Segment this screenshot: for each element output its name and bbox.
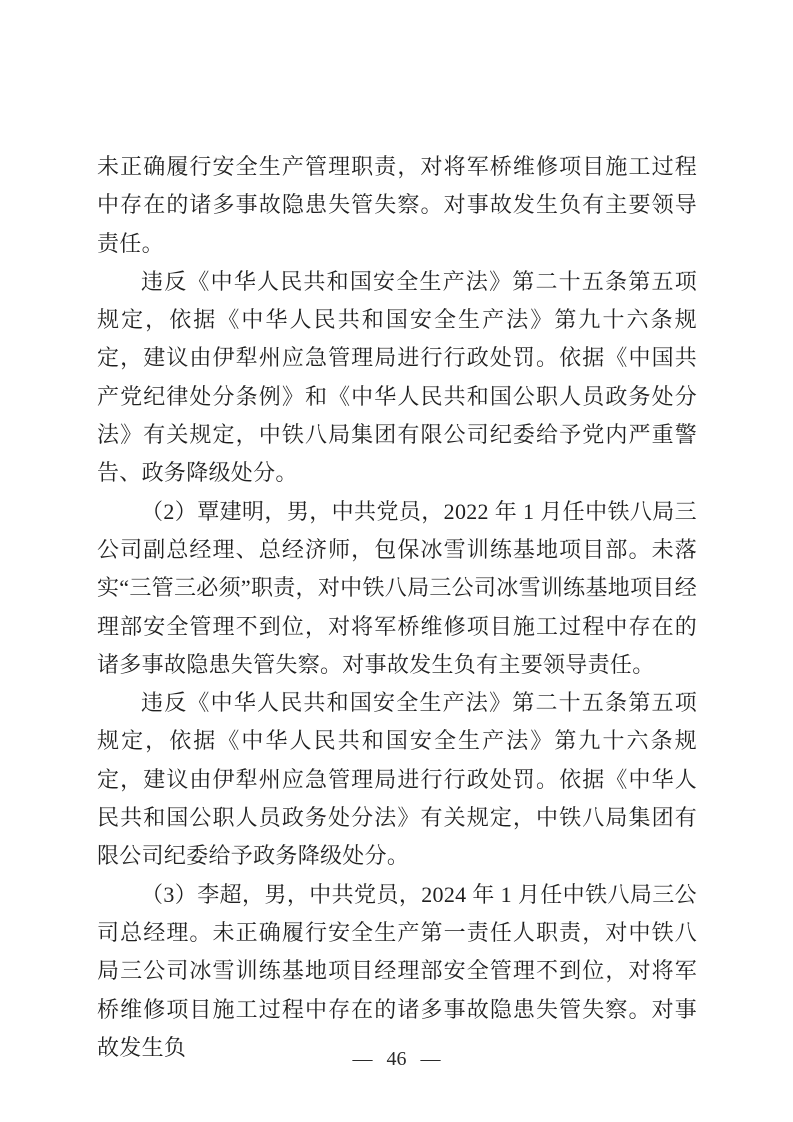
paragraph-violation-1: 违反《中华人民共和国安全生产法》第二十五条第五项规定，依据《中华人民共和国安全生…: [97, 263, 697, 493]
footer-right-dash: —: [421, 1046, 441, 1072]
paragraph-violation-2: 违反《中华人民共和国安全生产法》第二十五条第五项规定，依据《中华人民共和国安全生…: [97, 684, 697, 875]
paragraph-continuation: 未正确履行安全生产管理职责，对将军桥维修项目施工过程中存在的诸多事故隐患失管失察…: [97, 148, 697, 263]
document-body: 未正确履行安全生产管理职责，对将军桥维修项目施工过程中存在的诸多事故隐患失管失察…: [97, 148, 697, 1067]
page-footer: —46—: [0, 1046, 793, 1072]
footer-left-dash: —: [353, 1046, 373, 1072]
paragraph-person-3: （3）李超，男，中共党员，2024 年 1 月任中铁八局三公司总经理。未正确履行…: [97, 876, 697, 1067]
page-number: 46: [387, 1048, 407, 1070]
paragraph-person-2: （2）覃建明，男，中共党员，2022 年 1 月任中铁八局三公司副总经理、总经济…: [97, 493, 697, 684]
document-page: 未正确履行安全生产管理职责，对将军桥维修项目施工过程中存在的诸多事故隐患失管失察…: [0, 0, 793, 1122]
